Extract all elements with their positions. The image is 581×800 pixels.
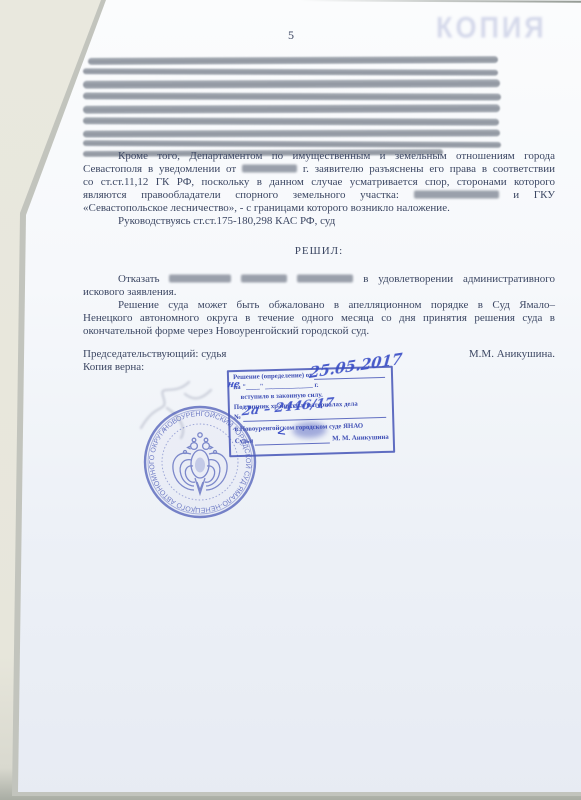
paragraph-line: искового заявления. bbox=[83, 286, 555, 299]
paragraph-line: окончательной форме через Новоуренгойски… bbox=[83, 325, 555, 338]
decision-heading: РЕШИЛ: bbox=[83, 245, 555, 258]
redaction-bar bbox=[83, 68, 498, 75]
redaction-bar bbox=[83, 79, 500, 88]
judge-signature-stroke: < bbox=[276, 426, 287, 439]
paragraph-line: Ненецкого автономного округа в течение о… bbox=[83, 312, 555, 325]
paragraph-line: Отказать в удовлетворении административн… bbox=[83, 273, 555, 286]
paragraph-line: Кроме того, Департаментом по имущественн… bbox=[83, 150, 555, 163]
court-seal: НОВОУРЕНГОЙСКИЙ ГОРОДСКОЙ СУД ЯМАЛО-НЕНЕ… bbox=[140, 402, 260, 527]
redaction-bar bbox=[83, 104, 500, 113]
paragraph-line: Руководствуясь ст.ст.175-180,298 КАС РФ,… bbox=[83, 215, 555, 228]
paragraph-line: являются правообладатели спорного земель… bbox=[83, 189, 555, 202]
redacted-block bbox=[83, 57, 557, 161]
handwritten-ne: не bbox=[226, 381, 240, 390]
document-body: Кроме того, Департаментом по имущественн… bbox=[83, 150, 555, 374]
stamp-line-2: на "____" ______________ г. bbox=[233, 381, 387, 392]
paragraph-line: «Севастопольское лесничество», - с грани… bbox=[83, 202, 555, 215]
redaction-bar bbox=[83, 129, 500, 137]
judge-name: М.М. Аникушина. bbox=[469, 348, 555, 361]
redaction-bar bbox=[83, 117, 499, 125]
inline-redaction bbox=[241, 275, 287, 283]
redaction-bar bbox=[88, 56, 498, 65]
inline-redaction bbox=[297, 275, 353, 283]
redaction-bar bbox=[83, 140, 501, 148]
paragraph-line: Севастополя в уведомлении от г. заявител… bbox=[83, 163, 555, 176]
page-number: 5 bbox=[279, 28, 303, 43]
inline-redaction bbox=[414, 191, 499, 199]
inline-redaction bbox=[169, 275, 231, 283]
paragraph-line: Решение суда может быть обжаловано в апе… bbox=[83, 299, 555, 312]
kopiya-watermark: КОПИЯ bbox=[436, 12, 547, 45]
paragraph-line: со ст.ст.11,12 ГК РФ, поскольку в данном… bbox=[83, 176, 555, 189]
redaction-bar bbox=[83, 92, 501, 100]
inline-redaction bbox=[242, 165, 297, 173]
